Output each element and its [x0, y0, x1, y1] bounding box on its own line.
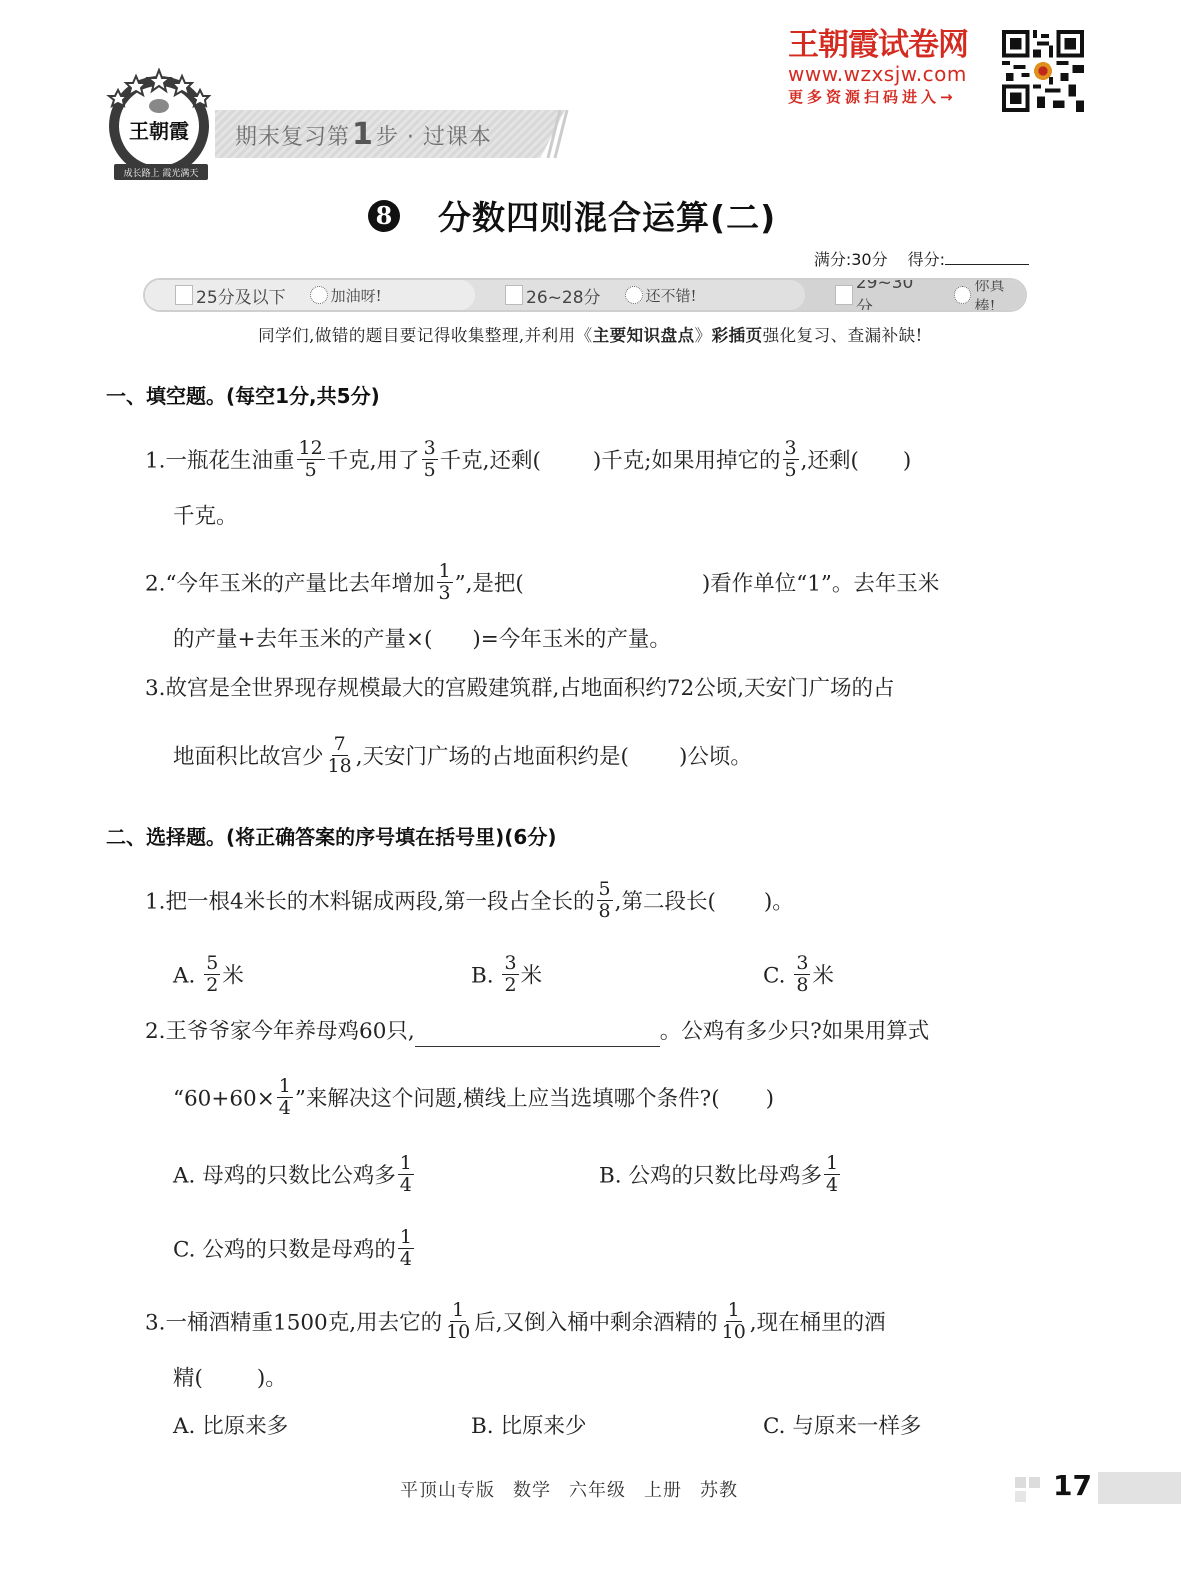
page-number-bar [1098, 1472, 1181, 1504]
brand-tagline: 更多资源扫码进入→ [788, 86, 998, 108]
fraction: 14 [824, 1153, 840, 1196]
option-2-3-c[interactable]: C. 与原来一样多 [763, 1412, 921, 1442]
fraction: 718 [326, 734, 354, 777]
question-1-3: 3.故宫是全世界现存规模最大的宫殿建筑群,占地面积约72公顷,天安门广场的占 [145, 674, 895, 704]
brand-url[interactable]: www.wzxsjw.com [788, 62, 998, 86]
rating-option-high: 29~30分 你真棒! [789, 280, 1025, 310]
question-1-1-continued: 千克。 [173, 502, 238, 532]
fraction: 125 [297, 438, 325, 481]
question-2-3-continued: 精()。 [173, 1364, 287, 1394]
fraction: 110 [720, 1300, 748, 1343]
rating-message: 还不错! [646, 285, 697, 306]
fraction: 13 [437, 561, 453, 604]
fraction: 14 [398, 1153, 414, 1196]
full-score-label: 满分:30分 [814, 247, 888, 270]
smiley-face-icon [625, 286, 643, 304]
condition-underline-blank[interactable] [415, 1020, 660, 1047]
option-2-3-b[interactable]: B. 比原来少 [471, 1412, 587, 1442]
obtained-score-label: 得分: [908, 250, 945, 269]
score-line: 满分:30分 得分: [814, 246, 1029, 270]
question-2-1: 1.把一根4米长的木料锯成两段,第一段占全长的58,第二段长()。 [145, 881, 794, 924]
page-corner-decoration [1015, 1474, 1049, 1504]
rating-range: 25分及以下 [196, 283, 286, 308]
question-1-3-continued: 地面积比故宫少718,天安门广场的占地面积约是()公顷。 [173, 736, 752, 779]
option-2-1-c[interactable]: C. 38米 [763, 955, 834, 998]
banner-slash-decoration [520, 110, 570, 158]
lesson-title-text: 分数四则混合运算(二) [438, 192, 776, 239]
svg-text:王朝霞: 王朝霞 [129, 119, 189, 143]
smiley-face-icon [954, 286, 972, 304]
question-1-1: 1.一瓶花生油重125千克,用了35千克,还剩()千克;如果用掉它的35,还剩(… [145, 440, 911, 483]
question-2-2: 2.王爷爷家今年养母鸡60只,。公鸡有多少只?如果用算式 [145, 1017, 929, 1047]
rating-option-mid: 26~28分 还不错! [459, 280, 805, 310]
question-2-2-continued: “60+60×14”来解决这个问题,横线上应当选填哪个条件?() [173, 1078, 774, 1121]
study-notice: 同学们,做错的题目要记得收集整理,并利用《主要知识盘点》彩插页强化复习、查漏补缺… [0, 322, 1181, 346]
self-rating-bar: 25分及以下 加油呀! 26~28分 还不错! 29~30分 你真棒! [143, 278, 1027, 312]
brand-name: 王朝霞试卷网 [788, 28, 998, 62]
fraction: 35 [783, 438, 799, 481]
option-2-2-c[interactable]: C. 公鸡的只数是母鸡的14 [173, 1229, 416, 1272]
section-heading-multiple-choice: 二、选择题。(将正确答案的序号填在括号里)(6分) [106, 821, 556, 850]
question-1-2-continued: 的产量+去年玉米的产量×()=今年玉米的产量。 [173, 625, 671, 655]
question-2-3: 3.一桶酒精重1500克,用去它的110后,又倒入桶中剩余酒精的110,现在桶里… [145, 1302, 886, 1345]
smiley-face-icon [310, 286, 328, 304]
fraction: 38 [794, 953, 810, 996]
qr-code-icon[interactable] [1002, 30, 1084, 112]
fraction: 32 [502, 953, 518, 996]
lesson-number-badge: 8 [368, 200, 400, 232]
book-info-footer: 平顶山专版数学六年级上册苏教 [400, 1476, 756, 1502]
fraction: 58 [597, 879, 613, 922]
review-step-banner: 期末复习第1步 · 过课本 [215, 110, 565, 158]
banner-suffix: 步 · 过课本 [376, 125, 492, 150]
rating-message: 你真棒! [974, 278, 1025, 312]
rating-range: 29~30分 [856, 278, 930, 312]
rating-message: 加油呀! [331, 285, 382, 306]
page-number: 17 [1053, 1469, 1092, 1502]
fraction: 35 [422, 438, 438, 481]
rating-checkbox[interactable] [175, 285, 193, 305]
rating-checkbox[interactable] [835, 285, 853, 305]
option-2-2-b[interactable]: B. 公鸡的只数比母鸡多14 [599, 1155, 842, 1198]
option-2-1-a[interactable]: A. 52米 [173, 955, 244, 998]
option-2-3-a[interactable]: A. 比原来多 [173, 1412, 288, 1442]
banner-prefix: 期末复习第 [235, 125, 350, 150]
fraction: 110 [444, 1300, 472, 1343]
brand-block: 王朝霞试卷网 www.wzxsjw.com 更多资源扫码进入→ [788, 28, 998, 108]
rating-checkbox[interactable] [505, 285, 523, 305]
publisher-logo-badge: 王朝霞 成长路上 霞光满天 [106, 68, 216, 188]
option-2-1-b[interactable]: B. 32米 [471, 955, 542, 998]
rating-option-low: 25分及以下 加油呀! [145, 280, 475, 310]
svg-text:成长路上 霞光满天: 成长路上 霞光满天 [124, 167, 199, 179]
fraction: 14 [398, 1227, 414, 1270]
fraction: 52 [204, 953, 220, 996]
banner-step-number: 1 [352, 117, 374, 152]
option-2-2-a[interactable]: A. 母鸡的只数比公鸡多14 [173, 1155, 416, 1198]
section-heading-fill-in: 一、填空题。(每空1分,共5分) [106, 380, 380, 409]
question-1-2: 2.“今年玉米的产量比去年增加13”,是把()看作单位“1”。去年玉米 [145, 563, 939, 606]
fraction: 14 [277, 1076, 293, 1119]
rating-range: 26~28分 [526, 283, 601, 308]
obtained-score-field[interactable] [945, 246, 1029, 265]
lesson-title: 8 分数四则混合运算(二) [368, 192, 776, 239]
